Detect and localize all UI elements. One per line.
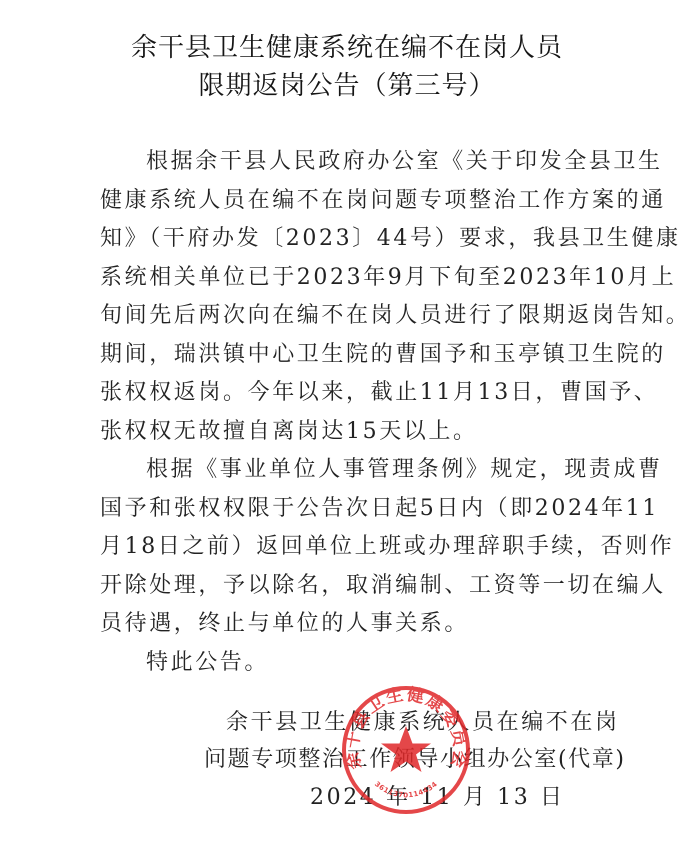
document-body: 根据余干县人民政府办公室《关于印发全县卫生 健康系统人员在编不在岗问题专项整治工… — [100, 143, 602, 682]
document-page: 余干县卫生健康系统在编不在岗人员 限期返岗公告（第三号） 根据余干县人民政府办公… — [0, 0, 694, 864]
body-line: 旬间先后两次向在编不在岗人员进行了限期返岗告知。 — [100, 297, 602, 336]
body-line: 根据《事业单位人事管理条例》规定，现责成曹 — [100, 451, 602, 490]
body-line: 员待遇，终止与单位的人事关系。 — [100, 605, 602, 644]
body-line: 月18日之前）返回单位上班或办理辞职手续，否则作 — [100, 528, 602, 567]
signature-organization-line-2: 问题专项整治工作领导小组办公室(代章) — [204, 741, 626, 779]
body-line: 张权权无故擅自离岗达15天以上。 — [100, 413, 602, 452]
body-line: 国予和张权权限于公告次日起5日内（即2024年11 — [100, 490, 602, 529]
signature-date: 2024 年 11 月 13 日 — [310, 779, 565, 817]
document-title-line-2: 限期返岗公告（第三号） — [0, 68, 694, 105]
body-line: 系统相关单位已于2023年9月下旬至2023年10月上 — [100, 259, 602, 298]
body-line: 健康系统人员在编不在岗问题专项整治工作方案的通 — [100, 182, 602, 221]
body-line: 开除处理，予以除名，取消编制、工资等一切在编人 — [100, 567, 602, 606]
signature-organization-line-1: 余干县卫生健康系统人员在编不在岗 — [226, 704, 620, 742]
body-line: 根据余干县人民政府办公室《关于印发全县卫生 — [100, 143, 602, 182]
document-title-line-1: 余干县卫生健康系统在编不在岗人员 — [0, 30, 694, 67]
body-line: 期间，瑞洪镇中心卫生院的曹国予和玉亭镇卫生院的 — [100, 336, 602, 375]
closing-line: 特此公告。 — [100, 644, 602, 683]
body-line: 张权权返岗。今年以来，截止11月13日，曹国予、 — [100, 374, 602, 413]
body-line: 知》（干府办发〔2023〕44号）要求，我县卫生健康 — [100, 220, 602, 259]
